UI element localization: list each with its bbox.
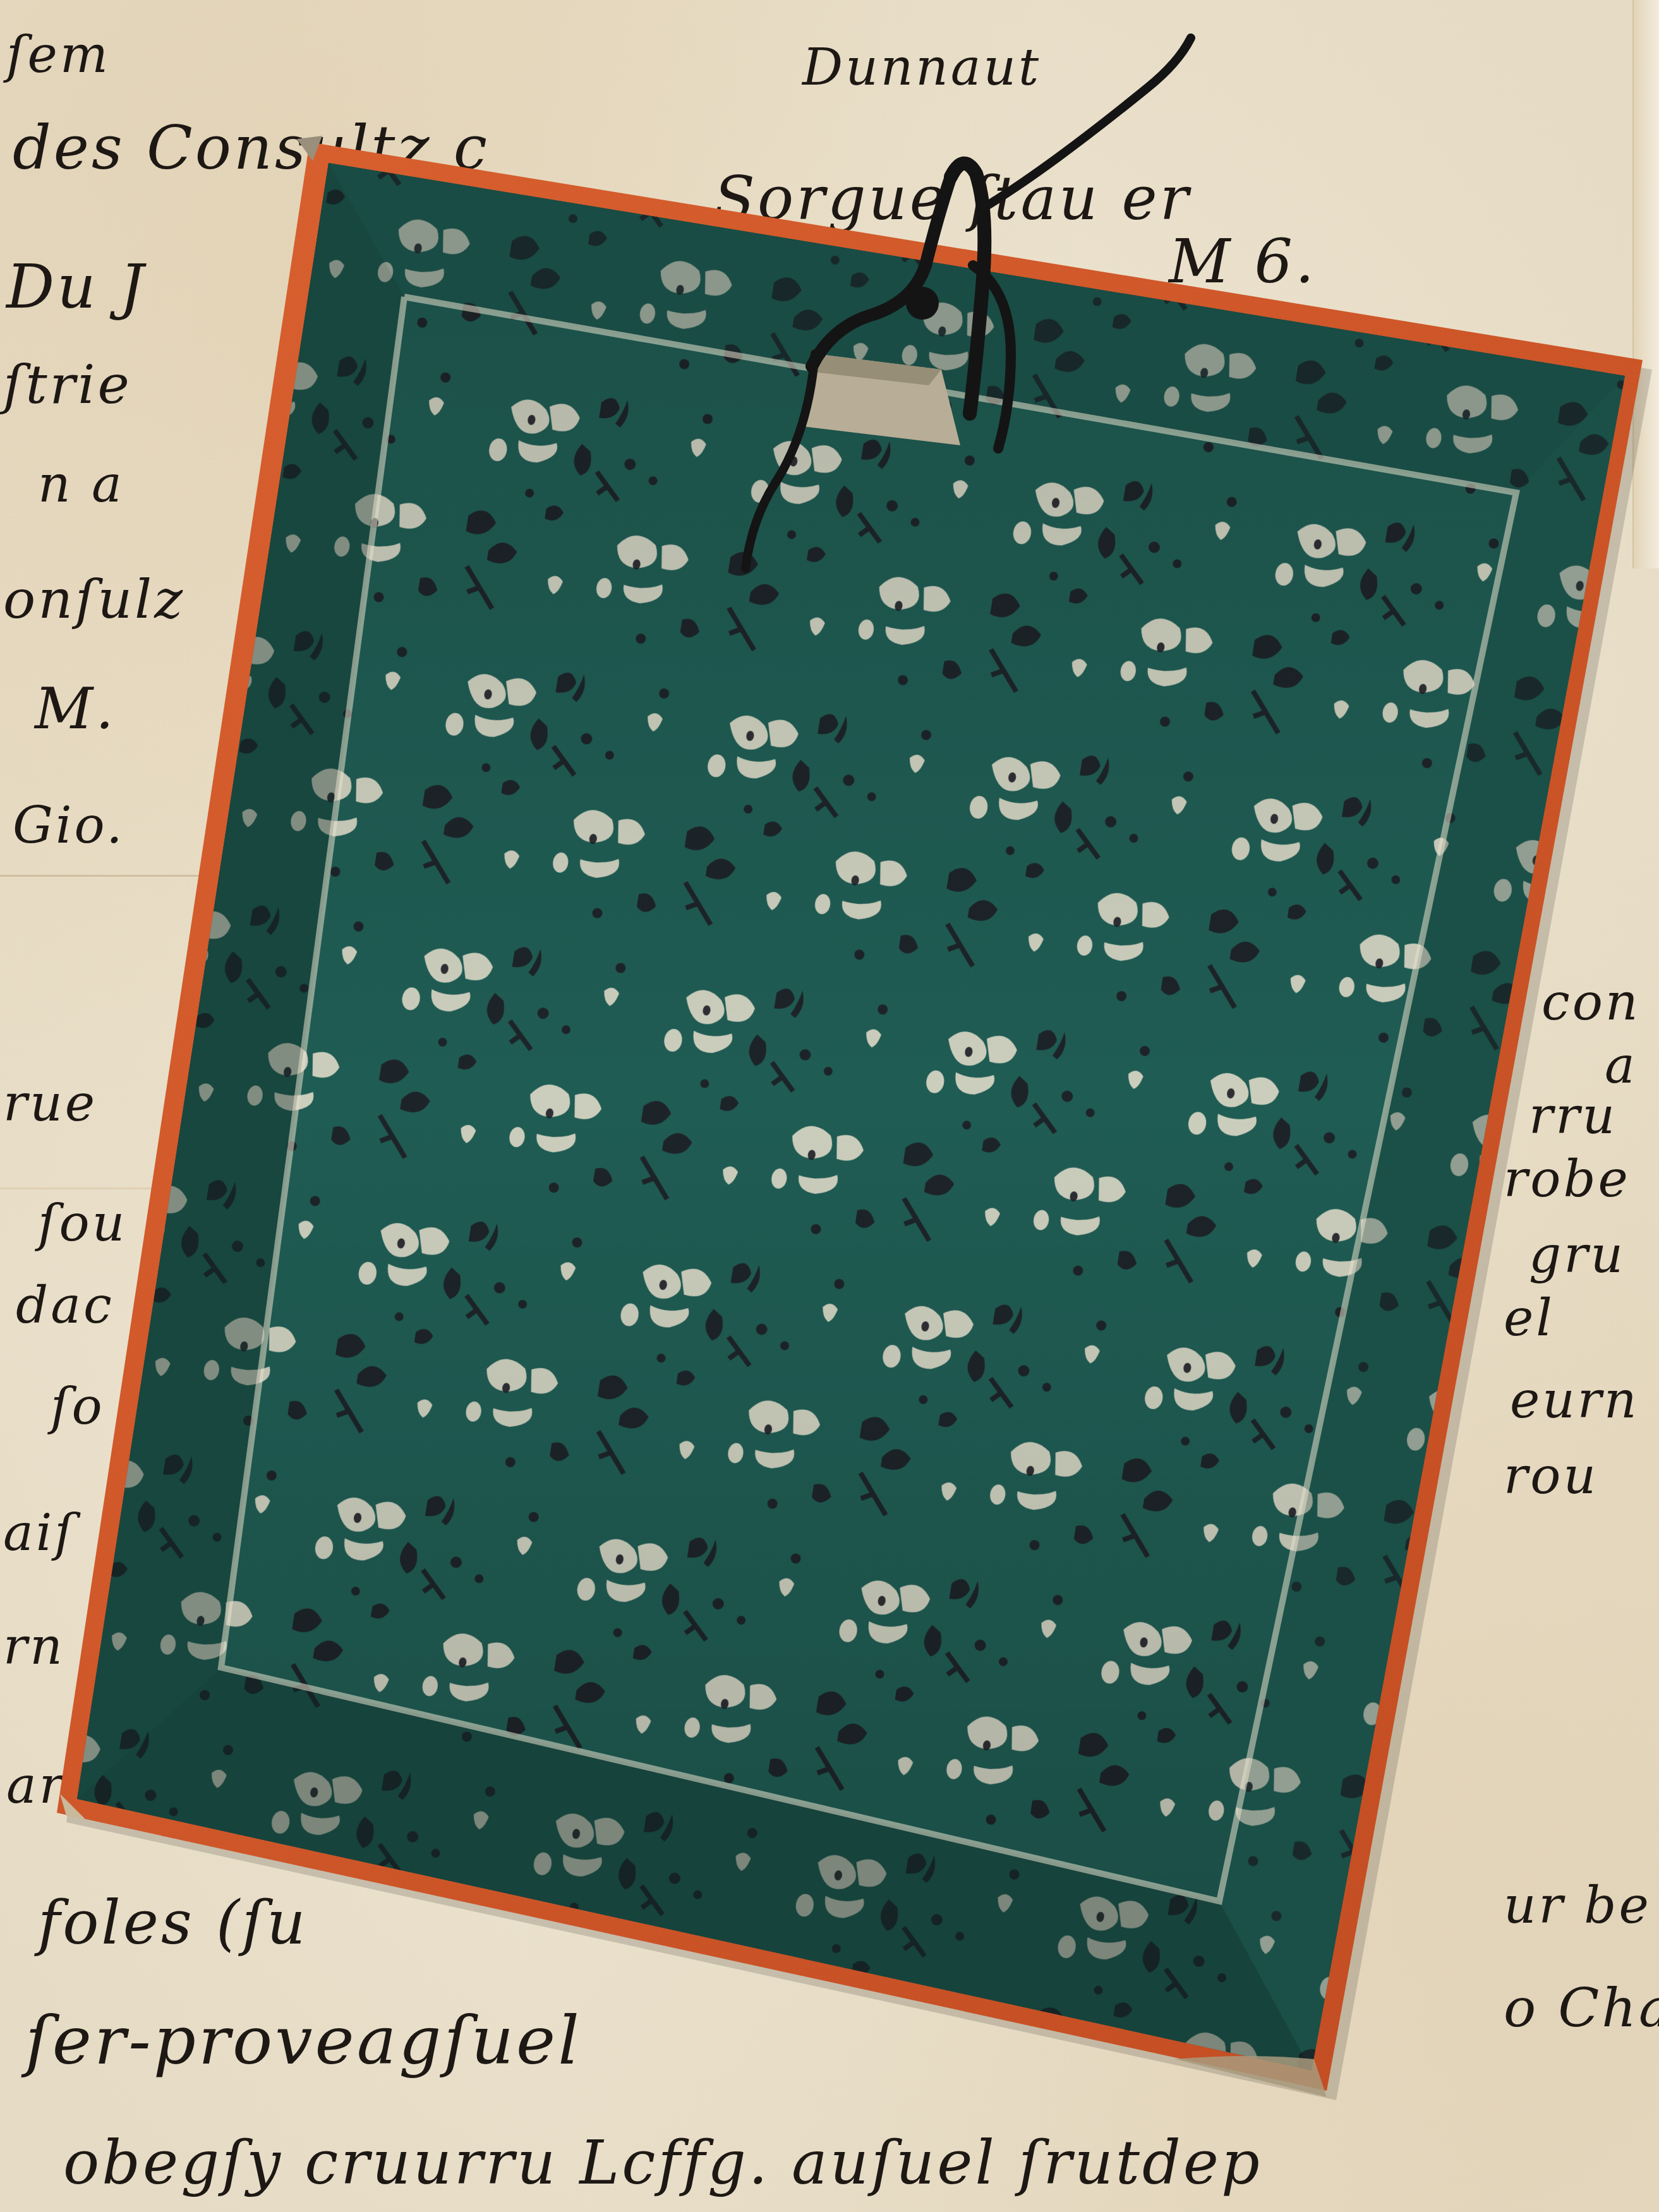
frame-tray	[0, 0, 1659, 2212]
photo-scene: ſemDunnautdes Consultz cSorgue ſtau erDu…	[0, 0, 1659, 2212]
worn-corner-br	[1175, 2056, 1327, 2097]
